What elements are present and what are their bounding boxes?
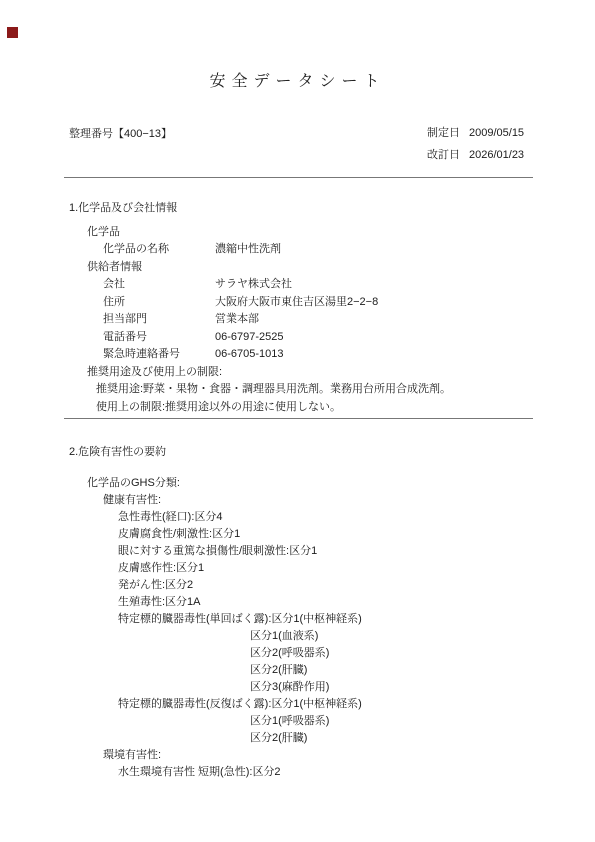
phone-value: 06-6797-2525 [215,331,284,343]
phone-label: 電話番号 [103,329,215,347]
chemical-name-value: 濃縮中性洗剤 [215,243,281,255]
chemical-name-row: 化学品の名称濃縮中性洗剤 [0,241,595,259]
section-hazard-summary: 2.危険有害性の要約 化学品のGHS分類: 健康有害性: 急性毒性(経口):区分… [0,444,595,781]
chemical-group-label: 化学品 [0,224,595,242]
doc-number: 整理番号【400−13】 [69,129,172,140]
sds-document-page: 安全データシート 整理番号【400−13】 制定日 2009/05/15 改訂日… [0,0,595,842]
stot-single-continuation: 区分2(呼吸器系) [0,645,595,662]
supplier-department-row: 担当部門営業本部 [0,311,595,329]
stot-repeated-continuation: 区分2(肝臓) [0,730,595,747]
environmental-hazards-label: 環境有害性: [0,747,595,764]
company-value: サラヤ株式会社 [215,278,292,290]
company-label: 会社 [103,276,215,294]
section-chemical-company-info: 1.化学品及び会社情報 化学品 化学品の名称濃縮中性洗剤 供給者情報 会社サラヤ… [0,200,595,416]
recommended-use-line: 推奨用途:野菜・果物・食器・調理器具用洗剤。業務用台所用合成洗剤。 [0,381,595,399]
stot-repeated-exposure-row: 特定標的臓器毒性(反復ばく露):区分1(中枢神経系) [0,696,595,713]
environmental-hazard-item: 水生環境有害性 短期(急性):区分2 [0,764,595,781]
use-restriction-line: 使用上の制限:推奨用途以外の用途に使用しない。 [0,399,595,417]
supplier-group-label: 供給者情報 [0,259,595,277]
emergency-phone-label: 緊急時連絡番号 [103,346,215,364]
revised-date-value: 2026/01/23 [469,144,524,166]
supplier-company-row: 会社サラヤ株式会社 [0,276,595,294]
date-block: 制定日 2009/05/15 改訂日 2026/01/23 [427,122,524,166]
revised-date-label: 改訂日 [427,144,460,166]
address-value: 大阪府大阪市東住吉区湯里2−2−8 [215,296,378,308]
horizontal-rule [64,418,533,419]
hazard-item: 生殖毒性:区分1A [0,594,595,611]
established-date-label: 制定日 [427,122,460,144]
supplier-address-row: 住所大阪府大阪市東住吉区湯里2−2−8 [0,294,595,312]
stot-single-continuation: 区分2(肝臓) [0,662,595,679]
hazard-item: 発がん性:区分2 [0,577,595,594]
department-label: 担当部門 [103,311,215,329]
established-date-row: 制定日 2009/05/15 [427,122,524,144]
revised-date-row: 改訂日 2026/01/23 [427,144,524,166]
ghs-classification-label: 化学品のGHS分類: [0,475,595,492]
section-1-heading: 1.化学品及び会社情報 [0,200,595,218]
hazard-item: 急性毒性(経口):区分4 [0,509,595,526]
page-title: 安全データシート [0,68,595,91]
stot-single-continuation: 区分1(血液系) [0,628,595,645]
emergency-phone-value: 06-6705-1013 [215,348,284,360]
corner-stamp-square [7,27,18,38]
stot-single-continuation: 区分3(麻酔作用) [0,679,595,696]
hazard-item: 皮膚腐食性/刺激性:区分1 [0,526,595,543]
chemical-name-label: 化学品の名称 [103,241,215,259]
stot-repeated-continuation: 区分1(呼吸器系) [0,713,595,730]
supplier-emergency-phone-row: 緊急時連絡番号06-6705-1013 [0,346,595,364]
stot-single-exposure-row: 特定標的臓器毒性(単回ばく露):区分1(中枢神経系) [0,611,595,628]
usage-heading: 推奨用途及び使用上の制限: [0,364,595,382]
section-2-heading: 2.危険有害性の要約 [0,444,595,462]
hazard-item: 皮膚感作性:区分1 [0,560,595,577]
department-value: 営業本部 [215,313,259,325]
established-date-value: 2009/05/15 [469,122,524,144]
hazard-item: 眼に対する重篤な損傷性/眼刺激性:区分1 [0,543,595,560]
supplier-phone-row: 電話番号06-6797-2525 [0,329,595,347]
health-hazards-label: 健康有害性: [0,492,595,509]
horizontal-rule [64,177,533,178]
address-label: 住所 [103,294,215,312]
